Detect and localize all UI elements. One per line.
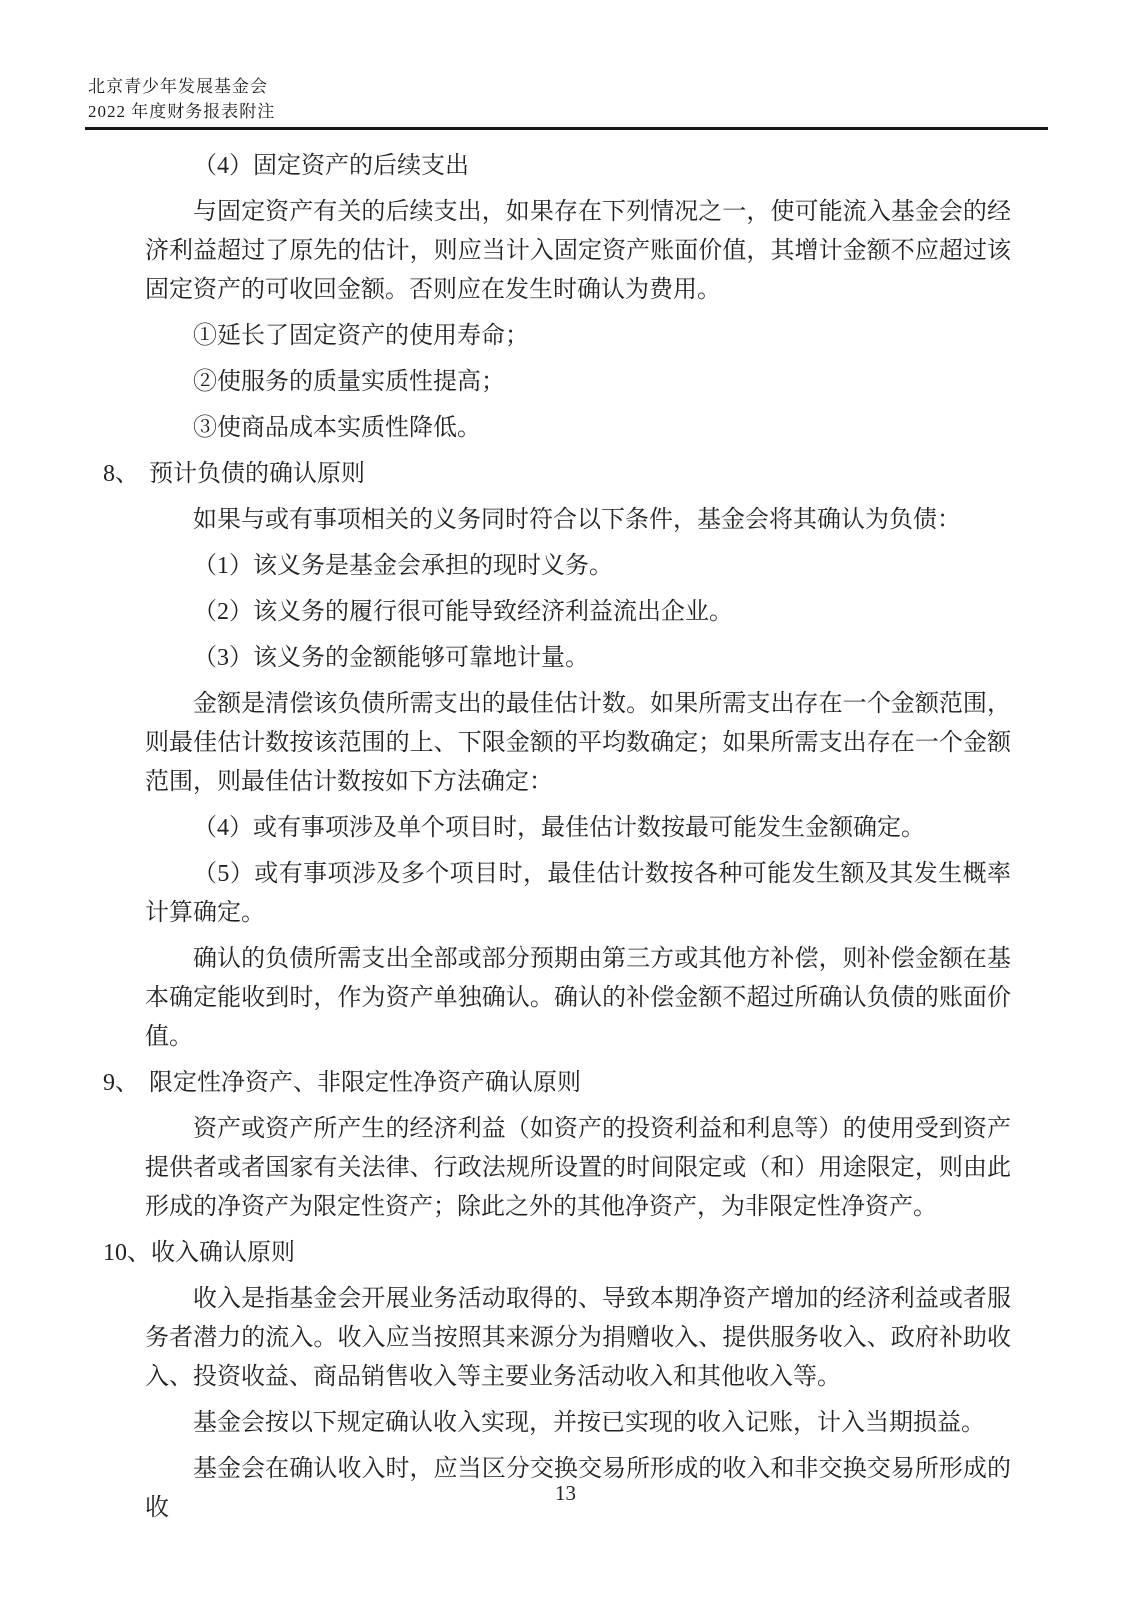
page-number: 13 [555, 1481, 576, 1505]
paragraph: 如果与或有事项相关的义务同时符合以下条件，基金会将其确认为负债： [145, 501, 1011, 540]
page-header: 北京青少年发展基金会 2022 年度财务报表附注 [88, 74, 275, 124]
paragraph: （1）该义务是基金会承担的现时义务。 [145, 547, 1011, 586]
header-rule [85, 127, 1048, 130]
section-title: 预计负债的确认原则 [149, 461, 365, 487]
section-heading: 9、限定性净资产、非限定性净资产确认原则 [103, 1064, 1011, 1103]
paragraph: 基金会按以下规定确认收入实现，并按已实现的收入记账，计入当期损益。 [145, 1404, 1011, 1443]
section-number: 8、 [103, 455, 149, 494]
section-title: 收入确认原则 [151, 1240, 295, 1266]
paragraph: ③使商品成本实质性降低。 [145, 409, 1011, 448]
section-heading: 8、预计负债的确认原则 [103, 455, 1011, 494]
section-title: 限定性净资产、非限定性净资产确认原则 [149, 1070, 581, 1096]
document-body: （4）固定资产的后续支出与固定资产有关的后续支出，如果存在下列情况之一，使可能流… [145, 147, 1011, 1535]
header-doc-title: 2022 年度财务报表附注 [88, 99, 275, 124]
paragraph: 确认的负债所需支出全部或部分预期由第三方或其他方补偿，则补偿金额在基本确定能收到… [145, 940, 1011, 1057]
paragraph: 与固定资产有关的后续支出，如果存在下列情况之一，使可能流入基金会的经济利益超过了… [145, 193, 1011, 310]
paragraph: （5）或有事项涉及多个项目时，最佳估计数按各种可能发生额及其发生概率计算确定。 [145, 855, 1011, 933]
document-page: 北京青少年发展基金会 2022 年度财务报表附注 （4）固定资产的后续支出与固定… [0, 0, 1131, 1600]
paragraph: 收入是指基金会开展业务活动取得的、导致本期净资产增加的经济利益或者服务者潜力的流… [145, 1280, 1011, 1397]
page-footer: 13 [0, 1481, 1131, 1506]
header-org-name: 北京青少年发展基金会 [88, 74, 275, 99]
paragraph: 金额是清偿该负债所需支出的最佳估计数。如果所需支出存在一个金额范围，则最佳估计数… [145, 685, 1011, 802]
section-number: 9、 [103, 1064, 149, 1103]
paragraph: （2）该义务的履行很可能导致经济利益流出企业。 [145, 593, 1011, 632]
paragraph: ②使服务的质量实质性提高； [145, 363, 1011, 402]
section-number: 10、 [103, 1234, 151, 1273]
section-heading: 10、收入确认原则 [103, 1234, 1011, 1273]
paragraph: ①延长了固定资产的使用寿命； [145, 317, 1011, 356]
paragraph: 资产或资产所产生的经济利益（如资产的投资利益和利息等）的使用受到资产提供者或者国… [145, 1110, 1011, 1227]
paragraph: （3）该义务的金额能够可靠地计量。 [145, 639, 1011, 678]
paragraph: （4）或有事项涉及单个项目时，最佳估计数按最可能发生金额确定。 [145, 809, 1011, 848]
paragraph: （4）固定资产的后续支出 [145, 147, 1011, 186]
